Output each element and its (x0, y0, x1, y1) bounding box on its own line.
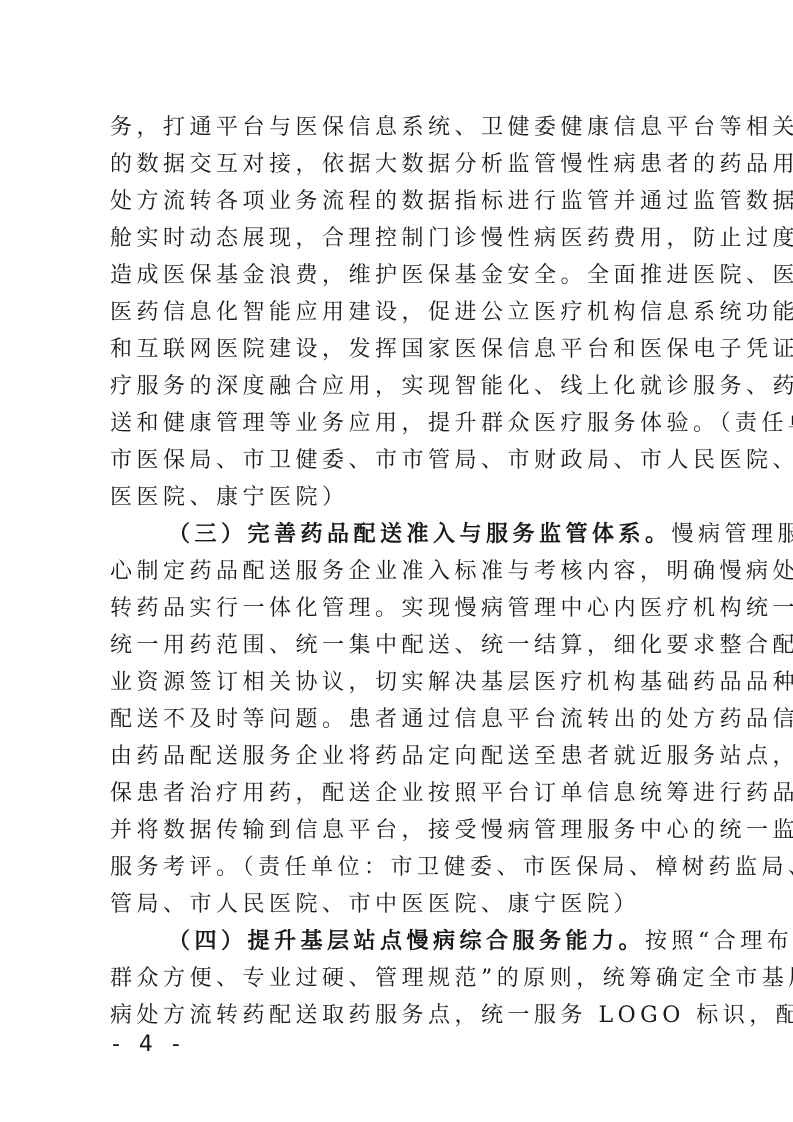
paragraph-line: 处方流转各项业务流程的数据指标进行监管并通过监管数据驾驶 (110, 183, 710, 220)
paragraph-line: 和互联网医院建设，发挥国家医保信息平台和医保电子凭证与医 (110, 331, 710, 368)
paragraph-line: 群众方便、专业过硬、管理规范”的原则，统筹确定全市基层慢 (110, 960, 710, 997)
paragraph-line: 保患者治疗用药，配送企业按照平台订单信息统筹进行药品配送 (110, 775, 710, 812)
section-heading-4: （四）提升基层站点慢病综合服务能力。 (168, 928, 645, 954)
paragraph-line: 的数据交互对接，依据大数据分析监管慢性病患者的药品用量， (110, 146, 710, 183)
paragraph-line: 服务考评。（责任单位：市卫健委、市医保局、樟树药监局、市市 (110, 849, 710, 886)
paragraph-line: 医药信息化智能应用建设，促进公立医疗机构信息系统功能升级 (110, 294, 710, 331)
page-number: - 4 - (112, 1030, 186, 1060)
section-heading-line: （四）提升基层站点慢病综合服务能力。按照“合理布局、 (168, 923, 710, 960)
paragraph-text: 按照“合理布局、 (645, 929, 793, 954)
paragraph-line: 舱实时动态展现，合理控制门诊慢性病医药费用，防止过度医疗 (110, 220, 710, 257)
paragraph-line: 造成医保基金浪费，维护医保基金安全。全面推进医院、医保和 (110, 257, 710, 294)
paragraph-line: 转药品实行一体化管理。实现慢病管理中心内医疗机构统一组织、 (110, 590, 710, 627)
paragraph-line: 并将数据传输到信息平台，接受慢病管理服务中心的统一监管与 (110, 812, 710, 849)
document-page: 务，打通平台与医保信息系统、卫健委健康信息平台等相关系统 的数据交互对接，依据大… (0, 0, 793, 1122)
paragraph-line: 务，打通平台与医保信息系统、卫健委健康信息平台等相关系统 (110, 109, 710, 146)
paragraph-line: 心制定药品配送服务企业准入标准与考核内容，明确慢病处方流 (110, 553, 710, 590)
paragraph-line: 医医院、康宁医院） (110, 479, 710, 516)
paragraph-line: 疗服务的深度融合应用，实现智能化、线上化就诊服务、药物配 (110, 368, 710, 405)
paragraph-text: 慢病管理服务中 (672, 522, 793, 547)
paragraph-line: 业资源签订相关协议，切实解决基层医疗机构基础药品品种不齐、 (110, 664, 710, 701)
section-heading-line: （三）完善药品配送准入与服务监管体系。慢病管理服务中 (168, 516, 710, 553)
paragraph-line: 市医保局、市卫健委、市市管局、市财政局、市人民医院、市中 (110, 442, 710, 479)
paragraph-line: 由药品配送服务企业将药品定向配送至患者就近服务站点，以确 (110, 738, 710, 775)
paragraph-line: 统一用药范围、统一集中配送、统一结算，细化要求整合配送企 (110, 627, 710, 664)
paragraph-line: 配送不及时等问题。患者通过信息平台流转出的处方药品信息， (110, 701, 710, 738)
paragraph-line: 病处方流转药配送取药服务点，统一服务 LOGO 标识，配备符合慢 (110, 997, 710, 1034)
section-heading-3: （三）完善药品配送准入与服务监管体系。 (168, 521, 672, 547)
paragraph-line: 管局、市人民医院、市中医医院、康宁医院） (110, 886, 710, 923)
paragraph-line: 送和健康管理等业务应用，提升群众医疗服务体验。（责任单位： (110, 405, 710, 442)
